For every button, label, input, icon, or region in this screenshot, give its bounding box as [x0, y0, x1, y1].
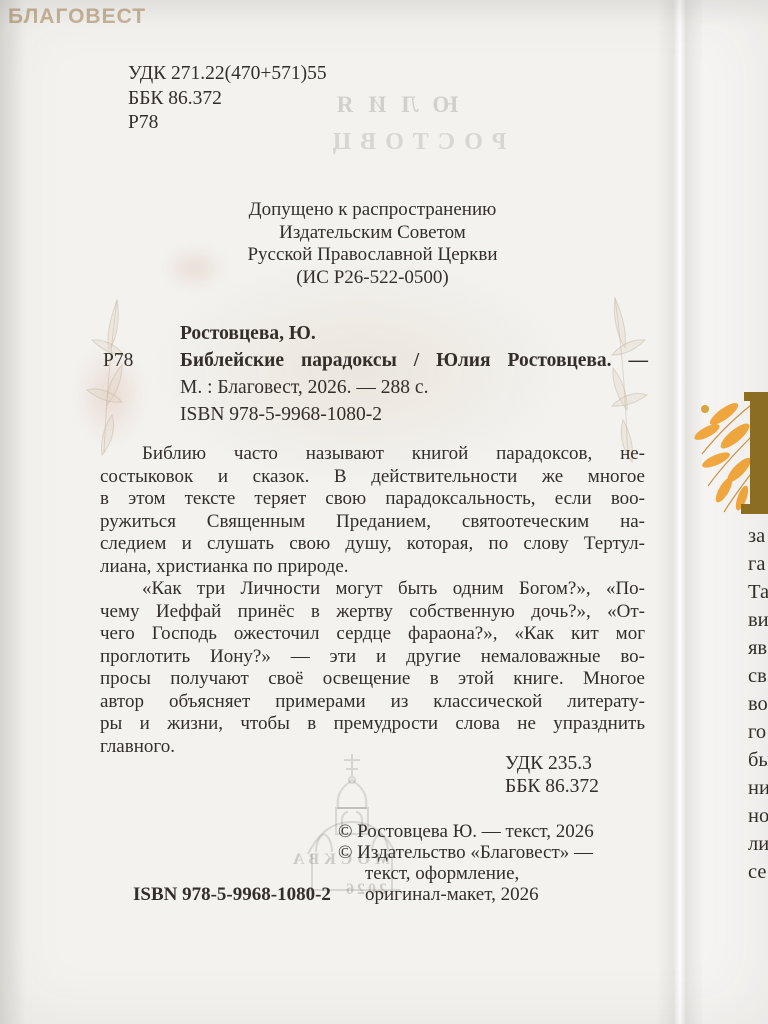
annotation-line: чему Иеффай принёс в жертву собственную …: [100, 601, 645, 624]
annotation-line: проглотить Иону?» — эти и другие немалов…: [100, 646, 645, 669]
facing-page-line-start: Та: [748, 578, 768, 606]
page-left-edge-shadow: [0, 0, 26, 1024]
annotation-line: чего Господь ожесточил сердце фараона?»,…: [100, 623, 645, 646]
facing-page-line-start: га: [748, 550, 768, 578]
code-line: ББК 86.372: [128, 87, 327, 112]
approval-line: Русской Православной Церкви: [100, 244, 645, 267]
bottom-classification-codes: УДК 235.3ББК 86.372: [505, 753, 599, 798]
facing-page-line-start: бы: [748, 746, 768, 774]
code-line: ББК 86.372: [505, 776, 599, 799]
facing-page-line-start: св: [748, 662, 768, 690]
annotation-paragraph-1: Библию часто называют книгой парадоксов,…: [100, 443, 645, 578]
facing-page-line-start: го: [748, 718, 768, 746]
facing-page-line-start: за: [748, 522, 768, 550]
annotation-line: в этом тексте теряет свою парадоксальнос…: [100, 488, 645, 511]
approval-line: (ИС Р26-522-0500): [100, 267, 645, 290]
facing-page-line-start: яв: [748, 634, 768, 662]
showthrough-mirrored-author-first-name: ЮЛИЯ: [320, 92, 460, 118]
annotation-line: Библию часто называют книгой парадоксов,…: [100, 443, 645, 466]
code-line: УДК 271.22(470+571)55: [128, 62, 327, 87]
copyright-line: © Издательство «Благовест» —: [338, 842, 594, 863]
copyright-block: © Ростовцева Ю. — текст, 2026© Издательс…: [338, 821, 594, 905]
facing-page-line-start: ни: [748, 774, 768, 802]
catalog-author: Ростовцева, Ю.: [180, 323, 316, 345]
annotation-line: ры и жизни, чтобы в премудрости слова не…: [100, 713, 645, 736]
facing-page-line-start: ви: [748, 606, 768, 634]
catalog-entry-code: Р78: [103, 350, 133, 372]
facing-page-clipped-text: загаТавиявсввогобынинолисе: [748, 522, 768, 886]
gold-dropcap-leaves-icon: [694, 392, 768, 528]
code-line: УДК 235.3: [505, 753, 599, 776]
annotation-paragraph-2: «Как три Личности могут быть одним Богом…: [100, 578, 645, 758]
copyright-line: текст, оформление,: [338, 863, 594, 884]
annotation-line: просы получают своё освещение в этой кни…: [100, 668, 645, 691]
facing-page-line-start: се: [748, 858, 768, 886]
annotation-line: автор объясняет примерами из классическо…: [100, 691, 645, 714]
code-line: Р78: [128, 111, 327, 136]
page-top-edge-shadow: [0, 0, 768, 26]
copyright-line: © Ростовцева Ю. — текст, 2026: [338, 821, 594, 842]
catalog-publisher-line: М. : Благовест, 2026. — 288 с.: [180, 377, 428, 399]
laurel-branch-left-icon: [62, 295, 172, 460]
approval-line: Допущено к распространению: [100, 199, 645, 222]
facing-page-line-start: во: [748, 690, 768, 718]
annotation-line: ружиться Священным Преданием, святоотече…: [100, 511, 645, 534]
gold-dot: [701, 405, 709, 413]
catalog-isbn: ISBN 978-5-9968-1080-2: [180, 404, 382, 426]
showthrough-mirrored-author-last-name: РОСТОВЦ: [300, 129, 530, 156]
copyright-line: оригинал-макет, 2026: [338, 884, 594, 905]
top-classification-codes: УДК 271.22(470+571)55ББК 86.372Р78: [128, 62, 327, 136]
annotation-line: лиана, христианка по природе.: [100, 556, 645, 579]
approval-line: Издательским Советом: [100, 222, 645, 245]
annotation-line: состыковок и сказок. В действительности …: [100, 466, 645, 489]
book-spread-photo: ЮЛИЯ РОСТОВЦ МОСКВА 2026 БЛАГОВЕСТ УДК 2…: [0, 0, 768, 1024]
facing-page-line-start: но: [748, 802, 768, 830]
catalog-title-line: Библейские парадоксы / Юлия Ростовцева. …: [180, 350, 648, 372]
isbn-bottom: ISBN 978-5-9968-1080-2: [133, 884, 331, 906]
facing-page-line-start: ли: [748, 830, 768, 858]
annotation-line: «Как три Личности могут быть одним Богом…: [100, 578, 645, 601]
annotation-line: следием и слушать свою душу, которая, по…: [100, 533, 645, 556]
church-approval-block: Допущено к распространениюИздательским С…: [100, 199, 645, 289]
